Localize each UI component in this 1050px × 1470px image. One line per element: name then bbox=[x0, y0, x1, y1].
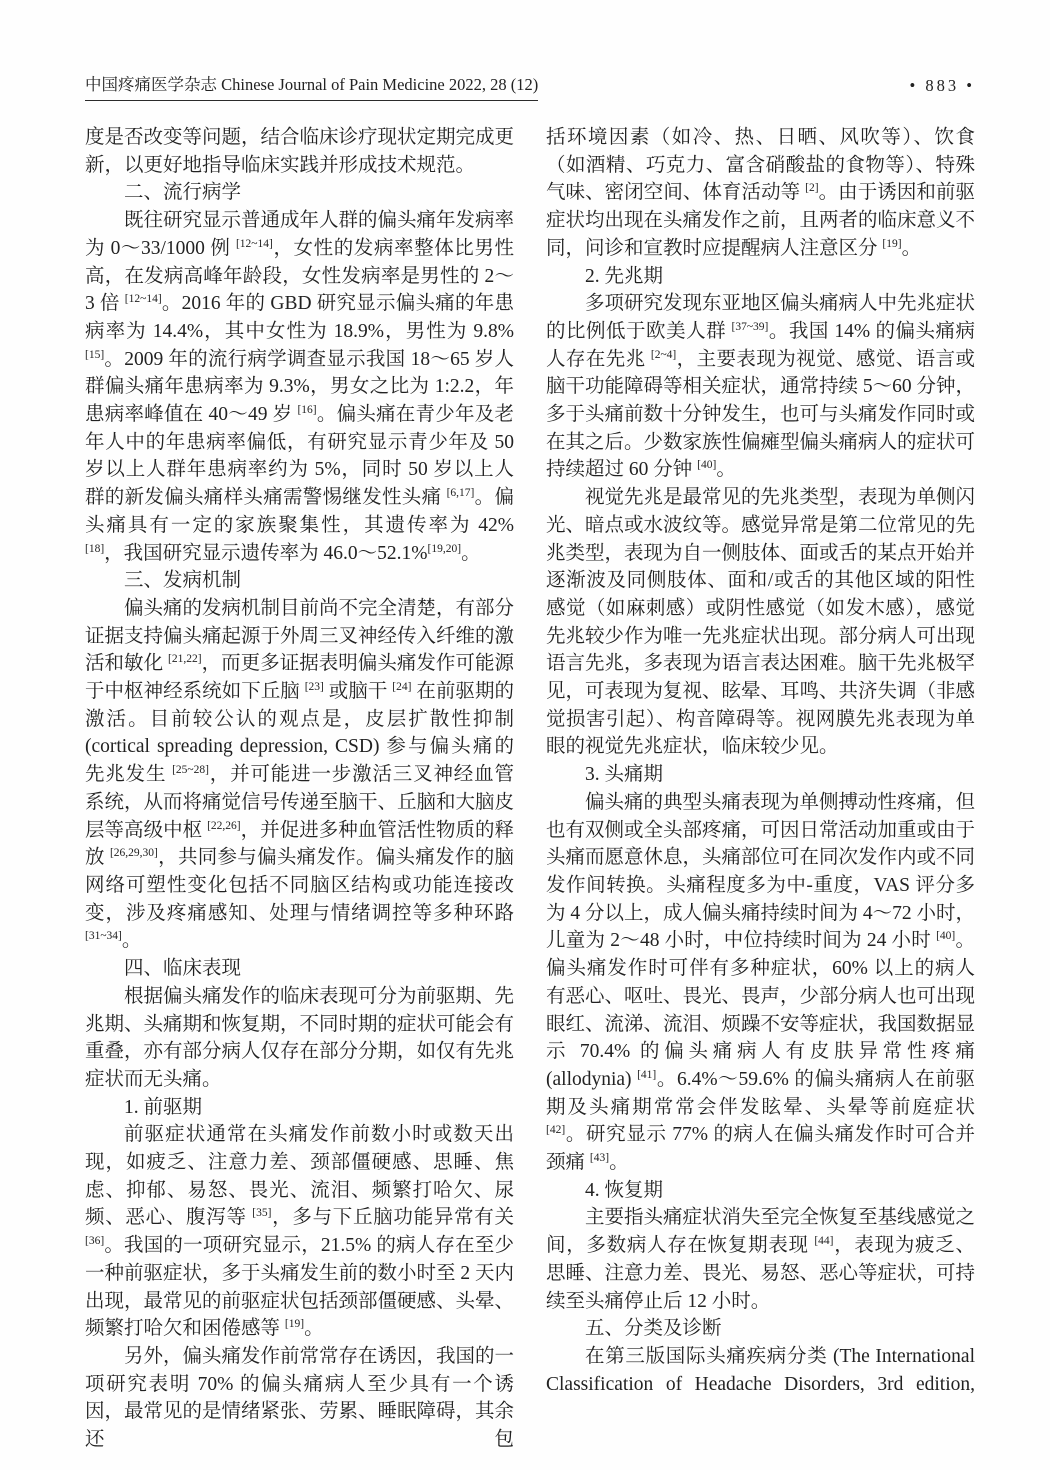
citation-ref: [42] bbox=[546, 1124, 565, 1136]
citation-ref: [40] bbox=[936, 930, 955, 942]
paragraph: 偏头痛的典型头痛表现为单侧搏动性疼痛，但也有双侧或全头部疼痛，可因日常活动加重或… bbox=[546, 789, 975, 1177]
article-body: 度是否改变等问题，结合临床诊疗现状定期完成更新，以更好地指导临床实践并形成技术规… bbox=[85, 124, 975, 1454]
citation-ref: [35] bbox=[252, 1207, 271, 1219]
paragraph: 偏头痛的发病机制目前尚不完全清楚，有部分证据支持偏头痛起源于外周三叉神经传入纤维… bbox=[85, 595, 514, 955]
paragraph: 主要指头痛症状消失至完全恢复至基线感觉之间，多数病人存在恢复期表现 [44]，表… bbox=[546, 1204, 975, 1315]
citation-ref: [43] bbox=[590, 1152, 609, 1164]
paragraph: 度是否改变等问题，结合临床诊疗现状定期完成更新，以更好地指导临床实践并形成技术规… bbox=[85, 124, 514, 179]
citation-ref: [37~39] bbox=[732, 321, 769, 333]
paragraph: 既往研究显示普通成年人群的偏头痛年发病率为 0～33/1000 例 [12~14… bbox=[85, 207, 514, 567]
section-heading: 二、流行病学 bbox=[85, 179, 514, 207]
citation-ref: [19,20] bbox=[428, 543, 462, 555]
citation-ref: [44] bbox=[814, 1235, 833, 1247]
citation-ref: [18] bbox=[85, 543, 104, 555]
citation-ref: [23] bbox=[305, 681, 324, 693]
citation-ref: [16] bbox=[297, 404, 316, 416]
citation-ref: [21,22] bbox=[168, 653, 202, 665]
paragraph: 另外，偏头痛发作前常常存在诱因，我国的一项研究表明 70% 的偏头痛病人至少具有… bbox=[85, 1343, 514, 1454]
citation-ref: [12~14] bbox=[125, 293, 162, 305]
paragraph: 括环境因素（如冷、热、日晒、风吹等）、饮食（如酒精、巧克力、富含硝酸盐的食物等）… bbox=[546, 124, 975, 263]
paragraph: 前驱症状通常在头痛发作前数小时或数天出现，如疲乏、注意力差、颈部僵硬感、思睡、焦… bbox=[85, 1121, 514, 1343]
section-heading: 五、分类及诊断 bbox=[546, 1315, 975, 1343]
citation-ref: [25~28] bbox=[172, 764, 209, 776]
journal-page: 中国疼痛医学杂志 Chinese Journal of Pain Medicin… bbox=[0, 0, 1050, 1470]
section-heading: 4. 恢复期 bbox=[546, 1177, 975, 1205]
citation-ref: [6,17] bbox=[447, 487, 475, 499]
citation-ref: [31~34] bbox=[85, 930, 122, 942]
right-column: 括环境因素（如冷、热、日晒、风吹等）、饮食（如酒精、巧克力、富含硝酸盐的食物等）… bbox=[546, 124, 975, 1454]
citation-ref: [19] bbox=[882, 238, 901, 250]
paragraph: 多项研究发现东亚地区偏头痛病人中先兆症状的比例低于欧美人群 [37~39]。我国… bbox=[546, 290, 975, 484]
page-header: 中国疼痛医学杂志 Chinese Journal of Pain Medicin… bbox=[85, 74, 975, 101]
citation-ref: [19] bbox=[285, 1318, 304, 1330]
left-column: 度是否改变等问题，结合临床诊疗现状定期完成更新，以更好地指导临床实践并形成技术规… bbox=[85, 124, 514, 1454]
section-heading: 1. 前驱期 bbox=[85, 1094, 514, 1122]
section-heading: 三、发病机制 bbox=[85, 567, 514, 595]
paragraph: 视觉先兆是最常见的先兆类型，表现为单侧闪光、暗点或水波纹等。感觉异常是第二位常见… bbox=[546, 484, 975, 761]
section-heading: 2. 先兆期 bbox=[546, 263, 975, 291]
citation-ref: [24] bbox=[392, 681, 411, 693]
citation-ref: [22,26] bbox=[207, 820, 241, 832]
journal-title: 中国疼痛医学杂志 Chinese Journal of Pain Medicin… bbox=[85, 74, 538, 101]
paragraph: 在第三版国际头痛疾病分类 (The International Classifi… bbox=[546, 1343, 975, 1398]
citation-ref: [2] bbox=[805, 182, 818, 194]
section-heading: 四、临床表现 bbox=[85, 955, 514, 983]
citation-ref: [26,29,30] bbox=[110, 847, 158, 859]
page-number: • 883 • bbox=[909, 75, 975, 101]
section-heading: 3. 头痛期 bbox=[546, 761, 975, 789]
citation-ref: [36] bbox=[85, 1235, 104, 1247]
paragraph: 根据偏头痛发作的临床表现可分为前驱期、先兆期、头痛期和恢复期，不同时期的症状可能… bbox=[85, 983, 514, 1094]
citation-ref: [2~4] bbox=[651, 349, 676, 361]
citation-ref: [40] bbox=[697, 459, 716, 471]
citation-ref: [12~14] bbox=[236, 238, 273, 250]
citation-ref: [41] bbox=[637, 1069, 656, 1081]
citation-ref: [15] bbox=[85, 349, 104, 361]
